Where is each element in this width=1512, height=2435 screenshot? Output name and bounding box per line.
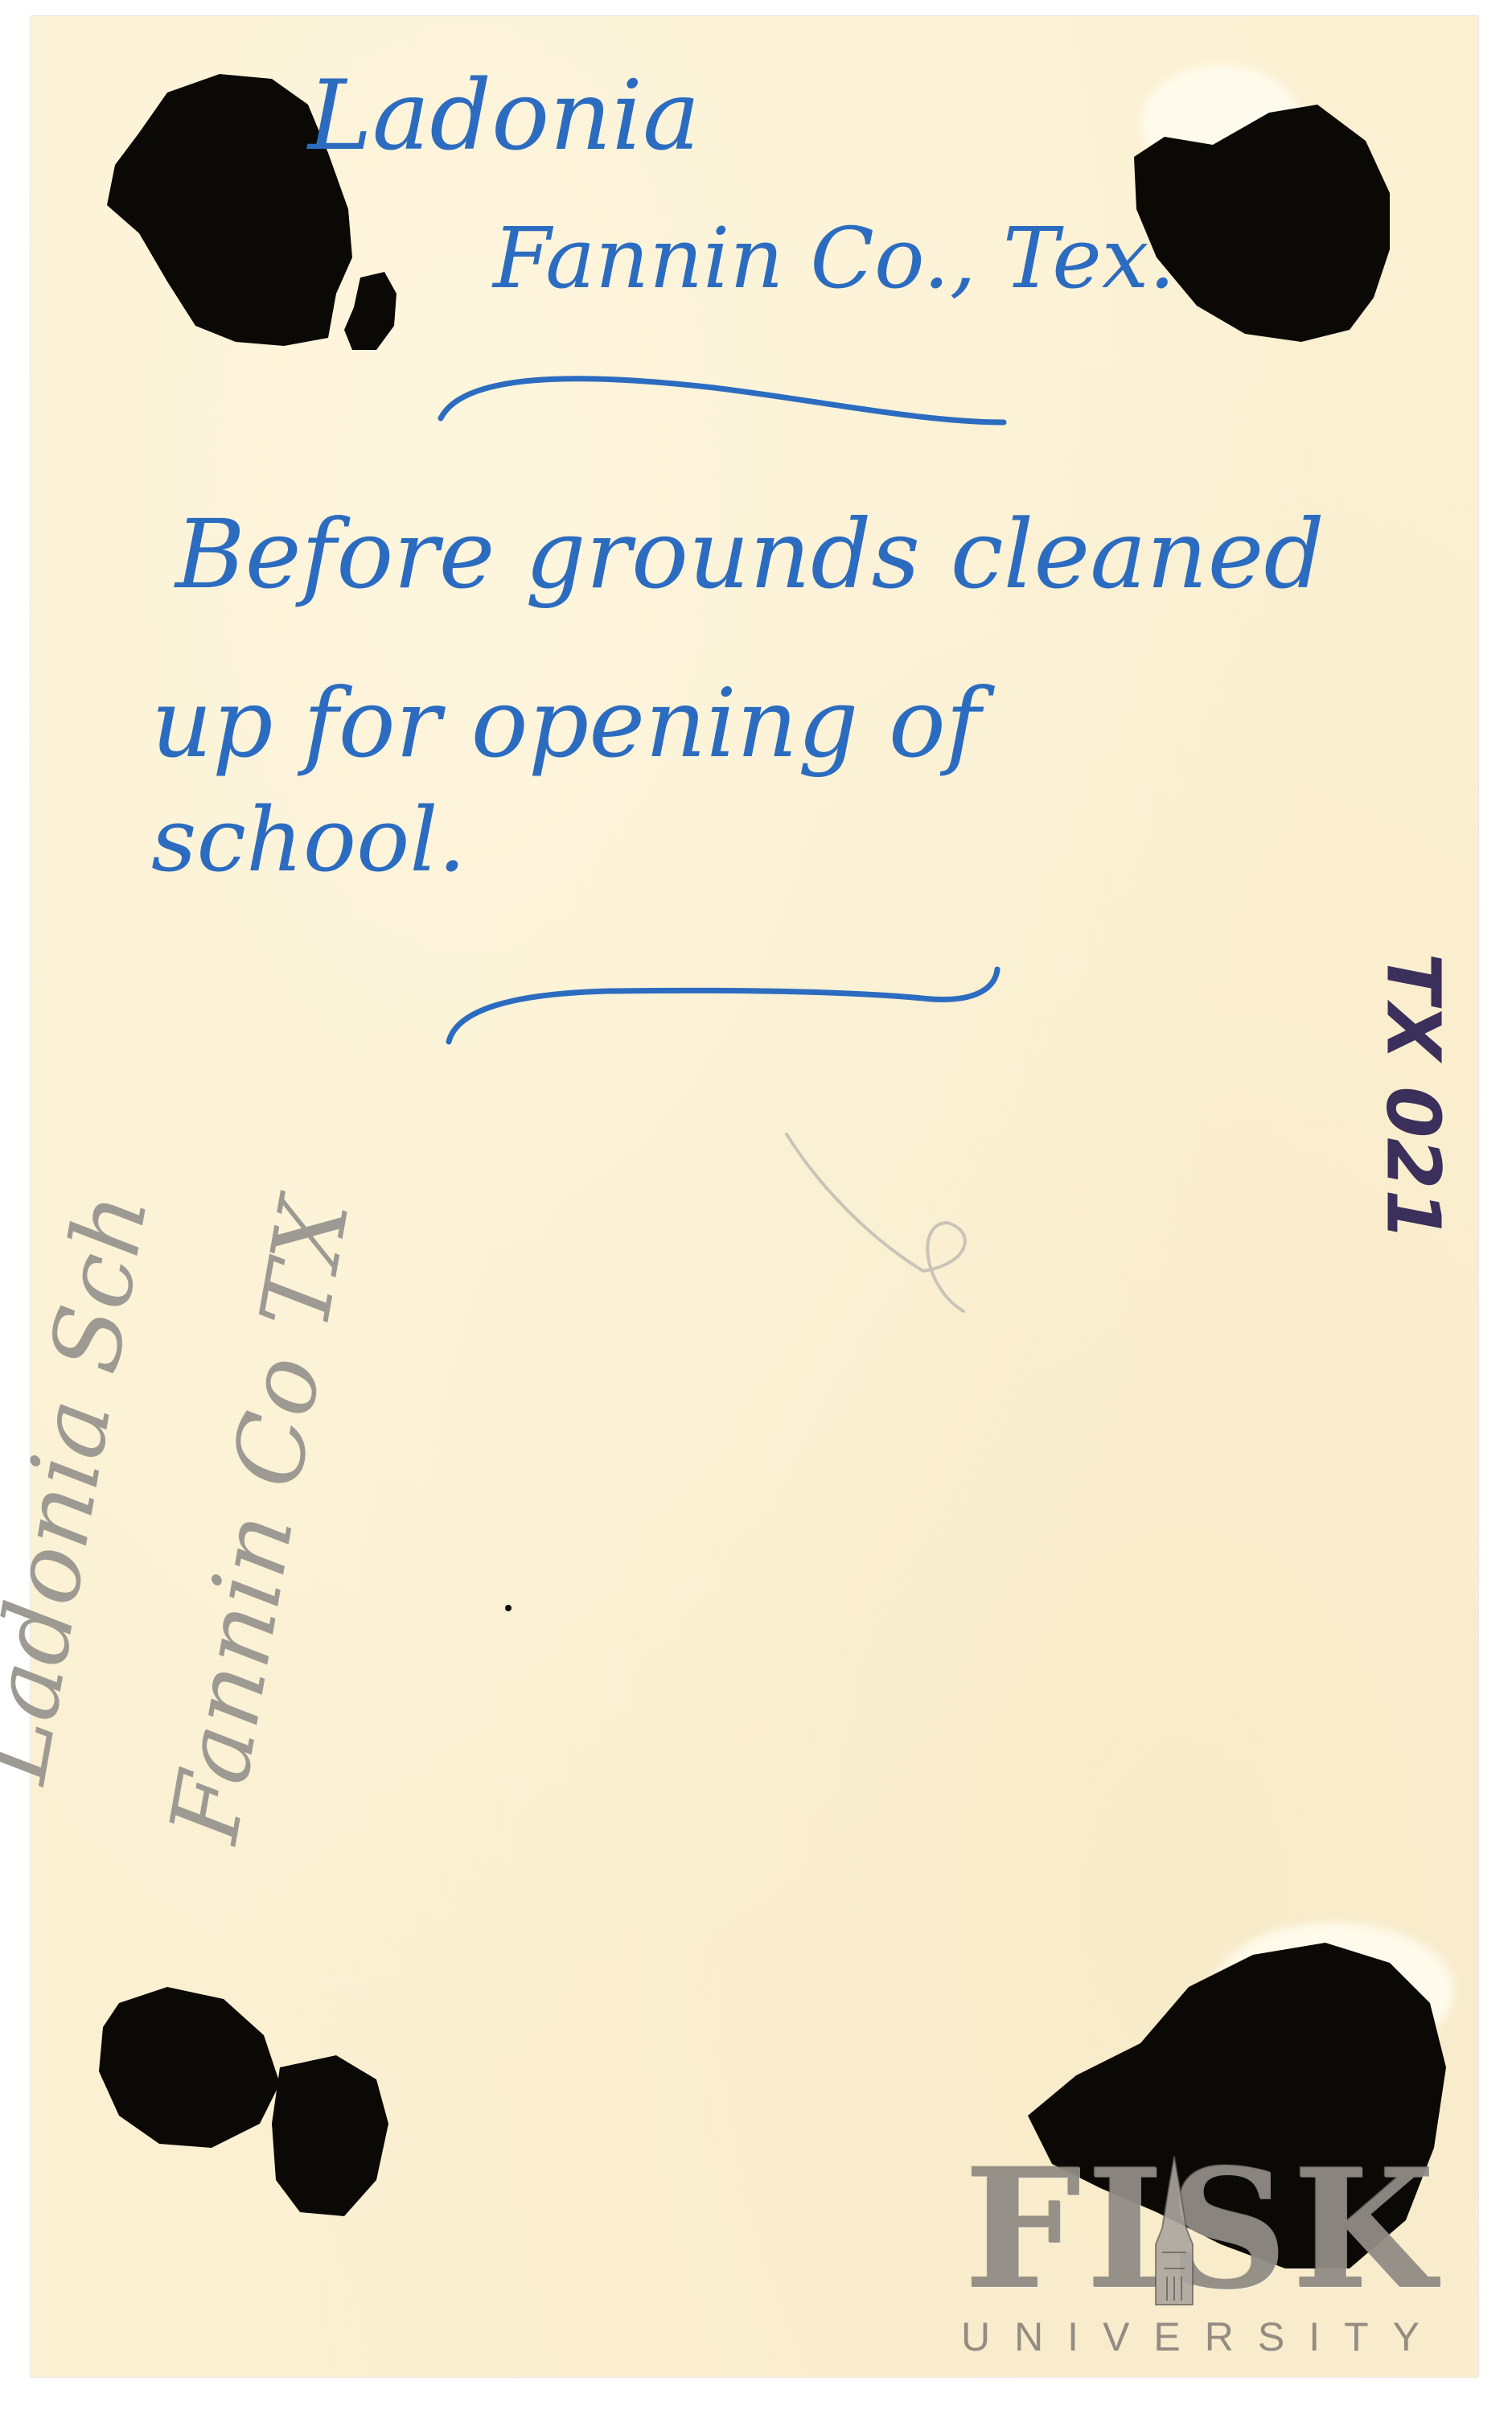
pencil-loop-mark	[31, 16, 1478, 1464]
photo-back-card: Ladonia Fannin Co., Tex. Before grounds …	[31, 16, 1478, 2377]
tower-spire-icon	[1146, 2156, 1202, 2313]
ink-dot	[505, 1605, 512, 1611]
university-subtitle: UNIVERSITY	[953, 2315, 1452, 2359]
fisk-university-watermark: FISK UNIVERSITY	[953, 2149, 1452, 2367]
fisk-wordmark: FISK	[953, 2149, 1452, 2310]
catalog-number: TX 021	[1370, 953, 1456, 1241]
